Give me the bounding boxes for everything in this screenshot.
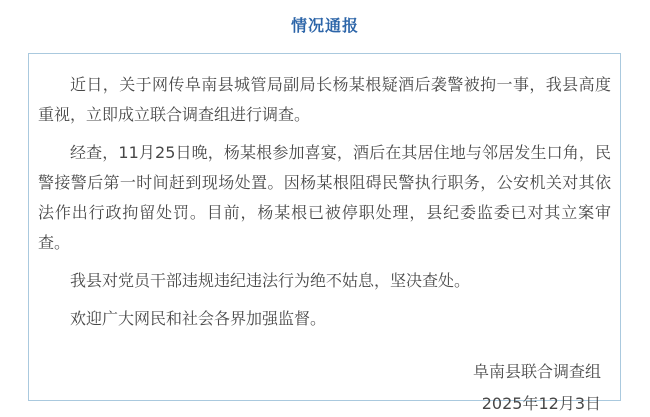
notice-paragraph-3: 我县对党员干部违规违纪违法行为绝不姑息，坚决查处。: [38, 266, 611, 296]
signature-date: 2025年12月3日: [38, 388, 601, 417]
notice-paragraph-1: 近日，关于网传阜南县城管局副局长杨某根疑酒后袭警被拘一事，我县高度重视，立即成立…: [38, 70, 611, 130]
notice-paragraph-4: 欢迎广大网民和社会各界加强监督。: [38, 304, 611, 334]
signature-block: 阜南县联合调查组 2025年12月3日: [38, 356, 611, 417]
notice-paragraph-2: 经查，11月25日晚，杨某根参加喜宴，酒后在其居住地与邻居发生口角，民警接警后第…: [38, 138, 611, 258]
page-title: 情况通报: [0, 13, 650, 36]
signature-org: 阜南县联合调查组: [38, 356, 601, 388]
notice-box: 近日，关于网传阜南县城管局副局长杨某根疑酒后袭警被拘一事，我县高度重视，立即成立…: [28, 53, 621, 401]
